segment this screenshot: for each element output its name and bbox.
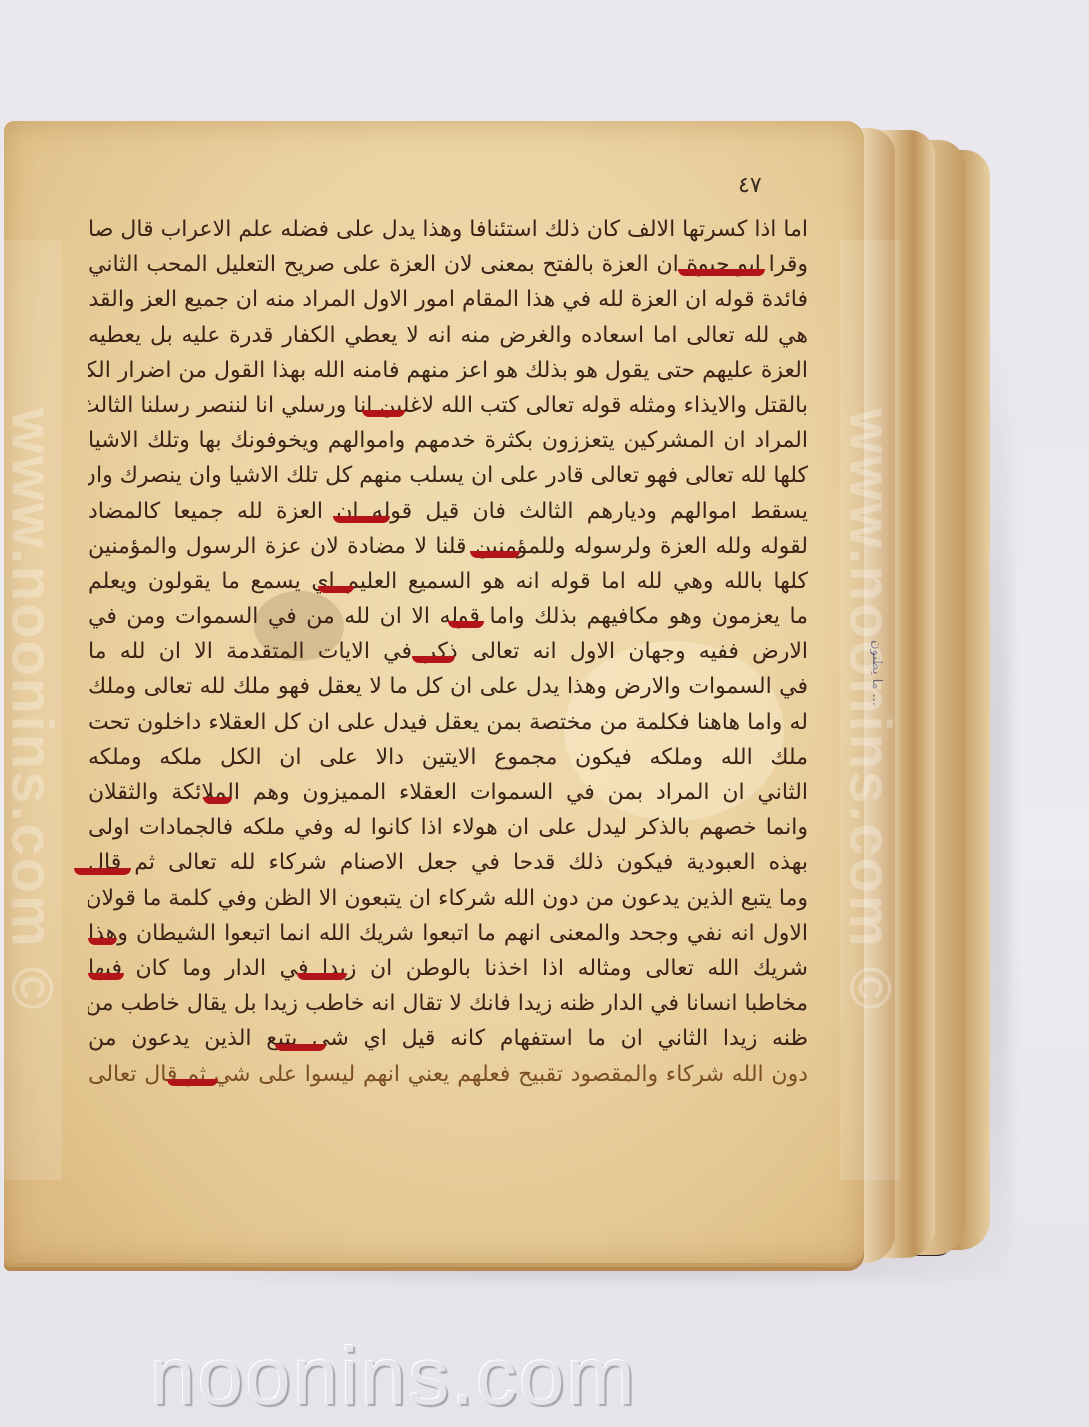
manuscript-line: شريك الله تعالى ومثاله اذا اخذنا بالوطن …: [88, 951, 808, 986]
manuscript-line: هي لله تعالى اما اسعاده والغرض منه انه ل…: [88, 318, 808, 353]
manuscript-line: المراد ان المشركين يتعززون بكثرة خدمهم و…: [88, 423, 808, 458]
red-rubric-mark: [74, 868, 132, 875]
red-rubric-mark: [333, 516, 391, 523]
manuscript-line: كلها لله تعالى فهو تعالى قادر على ان يسل…: [88, 458, 808, 493]
watermark-site-name: noonins.com: [150, 1330, 637, 1424]
manuscript-line: وما يتبع الذين يدعون من دون الله شركاء ا…: [88, 881, 808, 916]
manuscript-line: فائدة قوله ان العزة لله في هذا المقام ام…: [88, 282, 808, 317]
manuscript-line: لقوله ولله العزة ولرسوله وللمؤمنين قلنا …: [88, 529, 808, 564]
red-rubric-mark: [88, 938, 117, 945]
watermark-vertical-right: www.noonins.com ©: [840, 240, 900, 1180]
manuscript-line: بهذه العبودية فيكون ذلك قدحا في جعل الاص…: [88, 845, 808, 880]
manuscript-line: ملك الله وملكه فيكون مجموع الايتين دالا …: [88, 740, 808, 775]
manuscript-line: ظنه زيدا الثاني ان ما استفهام كانه قيل ا…: [88, 1021, 808, 1056]
red-rubric-mark: [318, 586, 354, 593]
manuscript-line: كلها بالله وهي لله اما قوله انه هو السمي…: [88, 564, 808, 599]
red-rubric-mark: [275, 1044, 325, 1051]
folio-number: ٤٧: [738, 173, 762, 198]
manuscript-line: مخاطبا انسانا في الدار ظنه زيدا فانك لا …: [88, 986, 808, 1021]
manuscript-line: العزة عليهم حتى يقول هو بذلك هو اعز منهم…: [88, 353, 808, 388]
red-rubric-mark: [412, 656, 455, 663]
manuscript-line: وقرا ابو حيوة ان العزة بالفتح بمعنى لان …: [88, 247, 808, 282]
red-rubric-mark: [167, 1079, 217, 1086]
manuscript-line: بالقتل والايذاء ومثله قوله تعالى كتب الل…: [88, 388, 808, 423]
manuscript-line: دون الله شركاء والمقصود تقبيح فعلهم يعني…: [88, 1057, 808, 1092]
red-rubric-mark: [678, 269, 764, 276]
red-rubric-mark: [448, 621, 484, 628]
manuscript-line: يسقط اموالهم وديارهم الثالث فان قيل قوله…: [88, 494, 808, 529]
red-rubric-mark: [203, 797, 232, 804]
manuscript-line: اما اذا كسرتها الالف كان ذلك استئنافا وه…: [88, 212, 808, 247]
manuscript-line: ما يعزمون وهو مكافيهم بذلك واما قوله الا…: [88, 599, 808, 634]
manuscript-line: له واما هاهنا فكلمة من مختصة بمن يعقل في…: [88, 705, 808, 740]
manuscript-line: في السموات والارض وهذا يدل على ان كل ما …: [88, 669, 808, 704]
red-rubric-mark: [88, 973, 124, 980]
manuscript-line: وانما خصهم بالذكر ليدل على ان هولاء اذا …: [88, 810, 808, 845]
manuscript-text-block: اما اذا كسرتها الالف كان ذلك استئنافا وه…: [88, 212, 808, 1092]
red-rubric-mark: [362, 410, 405, 417]
watermark-vertical-left: www.noonins.com ©: [2, 240, 62, 1180]
manuscript-line: الثاني ان المراد بمن في السموات العقلاء …: [88, 775, 808, 810]
red-rubric-mark: [470, 551, 520, 558]
manuscript-line: الارض ففيه وجهان الاول انه تعالى ذكر في …: [88, 634, 808, 669]
manuscript-line: الاول انه نفي وجحد والمعنى انهم ما اتبعو…: [88, 916, 808, 951]
red-rubric-mark: [297, 973, 347, 980]
